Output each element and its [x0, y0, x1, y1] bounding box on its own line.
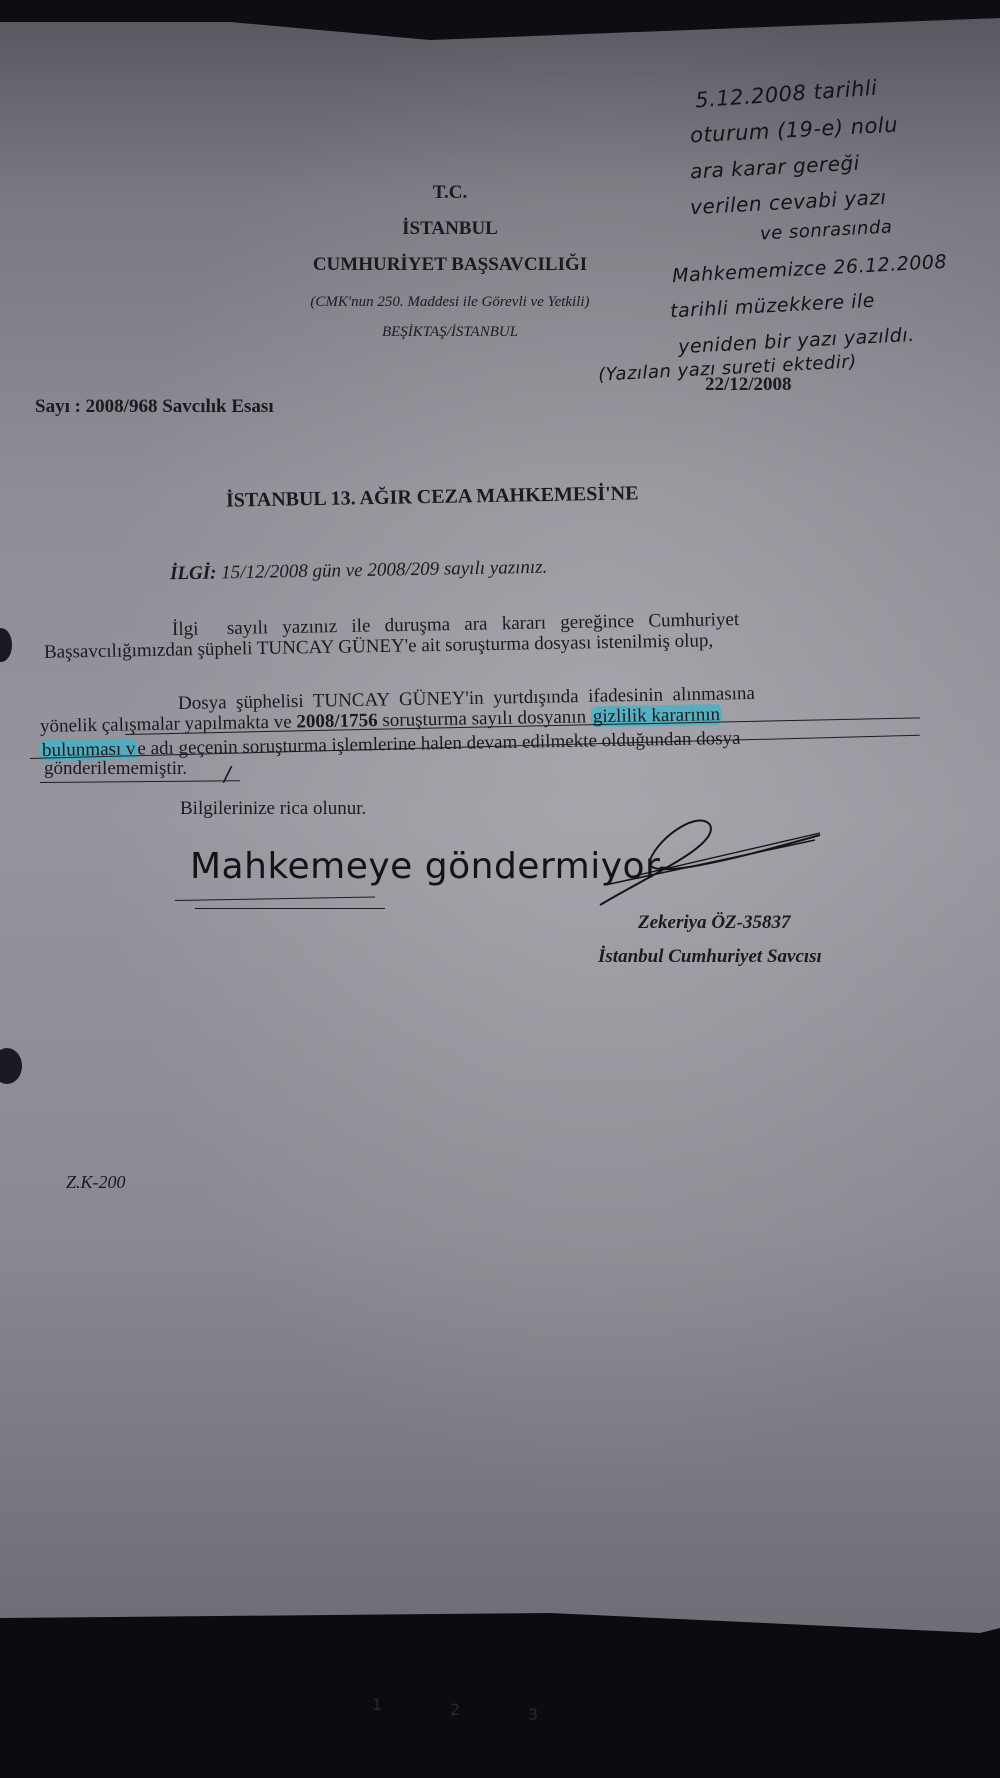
subject-text: 15/12/2008 gün ve 2008/209 sayılı yazını… [221, 557, 547, 584]
header-office: CUMHURİYET BAŞSAVCILIĞI [270, 254, 630, 276]
form-code: Z.K-200 [66, 1172, 126, 1193]
pen-underline [195, 908, 385, 909]
signatory-title: İstanbul Cumhuriyet Savcısı [598, 946, 822, 968]
signature-scribble [590, 815, 830, 915]
background-keypad-digit: 2 [450, 1700, 460, 1719]
body-para2-line4: gönderilememiştir. [44, 758, 187, 780]
header-tc: T.C. [380, 182, 520, 204]
background-keypad-digit: 3 [528, 1705, 538, 1724]
header-subtitle: (CMK'nun 250. Maddesi ile Görevli ve Yet… [260, 294, 640, 311]
header-city: İSTANBUL [340, 218, 560, 240]
reference-number: Sayı : 2008/968 Savcılık Esası [35, 396, 274, 418]
signatory-name: Zekeriya ÖZ-35837 [638, 912, 790, 934]
closing-text: Bilgilerinize rica olunur. [180, 798, 366, 820]
pen-mark: / [224, 762, 231, 786]
document-date: 22/12/2008 [705, 374, 792, 396]
header-location: BEŞİKTAŞ/İSTANBUL [330, 324, 570, 341]
document-page [0, 0, 1000, 1640]
background-keypad-digit: 1 [372, 1695, 382, 1714]
subject-label: İLGİ: [170, 562, 217, 584]
